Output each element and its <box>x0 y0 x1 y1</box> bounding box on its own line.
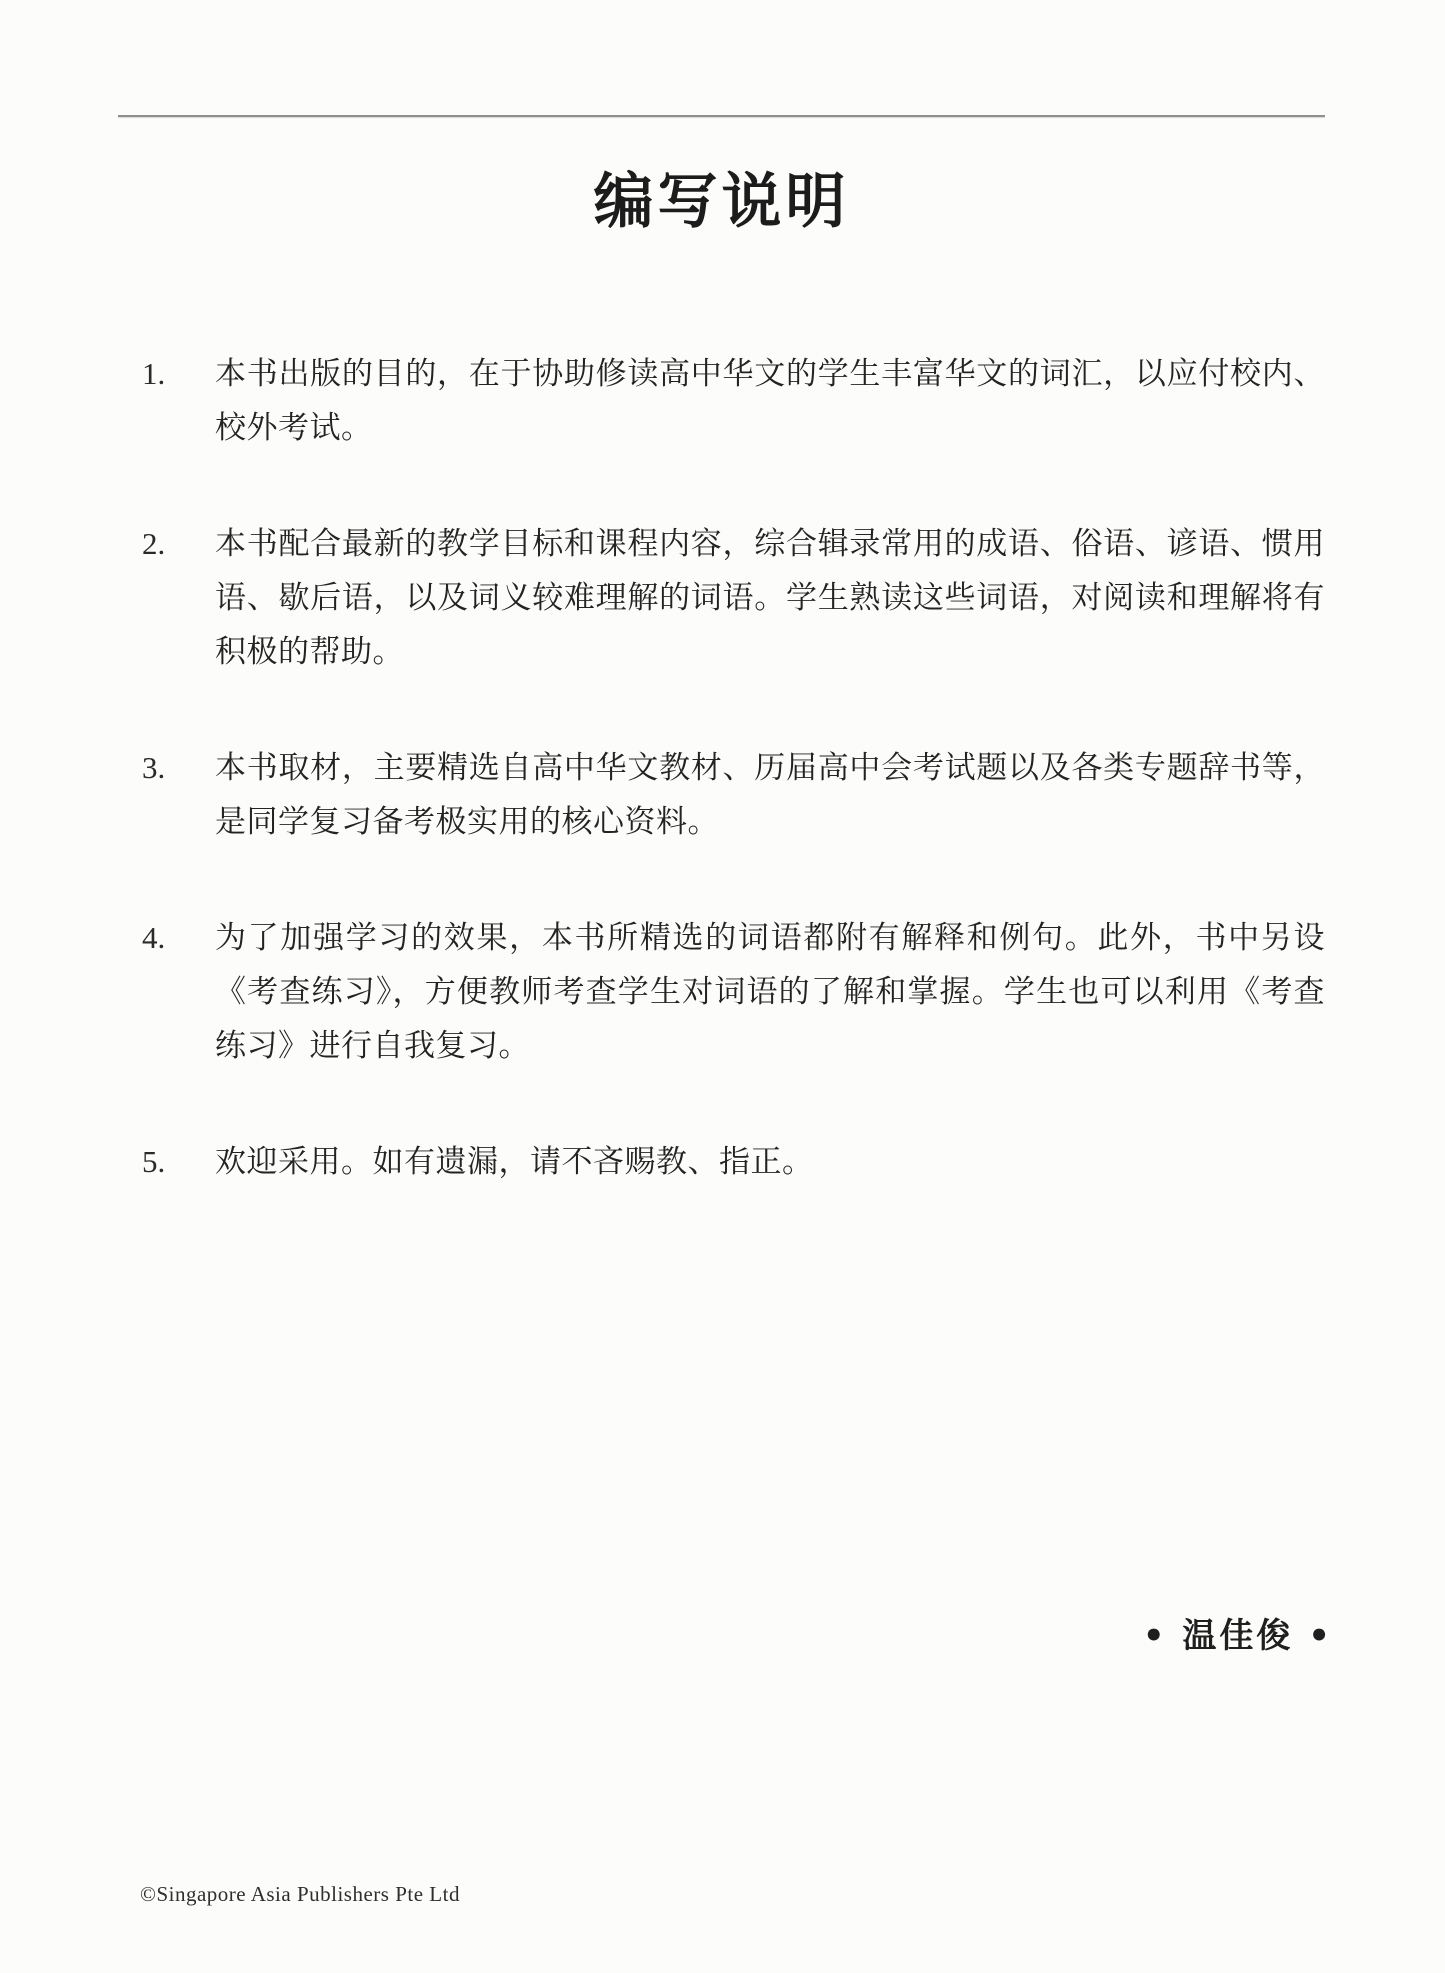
note-text: 本书出版的目的，在于协助修读高中华文的学生丰富华文的词汇，以应付校内、校外考试。 <box>215 347 1325 455</box>
note-text: 欢迎采用。如有遗漏，请不吝赐教、指正。 <box>215 1135 1325 1189</box>
page-content: 编写说明 1. 本书出版的目的，在于协助修读高中华文的学生丰富华文的词汇，以应付… <box>118 0 1325 1189</box>
note-item-4: 4. 为了加强学习的效果，本书所精选的词语都附有解释和例句。此外，书中另设《考查… <box>118 911 1325 1073</box>
note-number: 2. <box>118 517 215 571</box>
copyright-notice: ©Singapore Asia Publishers Pte Ltd <box>140 1882 460 1907</box>
note-text: 本书配合最新的教学目标和课程内容，综合辑录常用的成语、俗语、谚语、惯用语、歇后语… <box>215 517 1325 679</box>
note-number: 3. <box>118 741 215 795</box>
note-item-5: 5. 欢迎采用。如有遗漏，请不吝赐教、指正。 <box>118 1135 1325 1189</box>
author-signature: • 温佳俊 • <box>1143 1608 1333 1657</box>
note-item-1: 1. 本书出版的目的，在于协助修读高中华文的学生丰富华文的词汇，以应付校内、校外… <box>118 347 1325 455</box>
notes-list: 1. 本书出版的目的，在于协助修读高中华文的学生丰富华文的词汇，以应付校内、校外… <box>118 347 1325 1189</box>
note-number: 1. <box>118 347 215 401</box>
note-text: 为了加强学习的效果，本书所精选的词语都附有解释和例句。此外，书中另设《考查练习》… <box>215 911 1325 1073</box>
note-item-2: 2. 本书配合最新的教学目标和课程内容，综合辑录常用的成语、俗语、谚语、惯用语、… <box>118 517 1325 679</box>
page-title: 编写说明 <box>118 169 1325 235</box>
note-number: 5. <box>118 1135 215 1189</box>
note-text: 本书取材，主要精选自高中华文教材、历届高中会考试题以及各类专题辞书等，是同学复习… <box>215 741 1325 849</box>
note-number: 4. <box>118 911 215 965</box>
note-item-3: 3. 本书取材，主要精选自高中华文教材、历届高中会考试题以及各类专题辞书等，是同… <box>118 741 1325 849</box>
document-page: 编写说明 1. 本书出版的目的，在于协助修读高中华文的学生丰富华文的词汇，以应付… <box>0 0 1445 1973</box>
header-rule <box>118 115 1325 117</box>
